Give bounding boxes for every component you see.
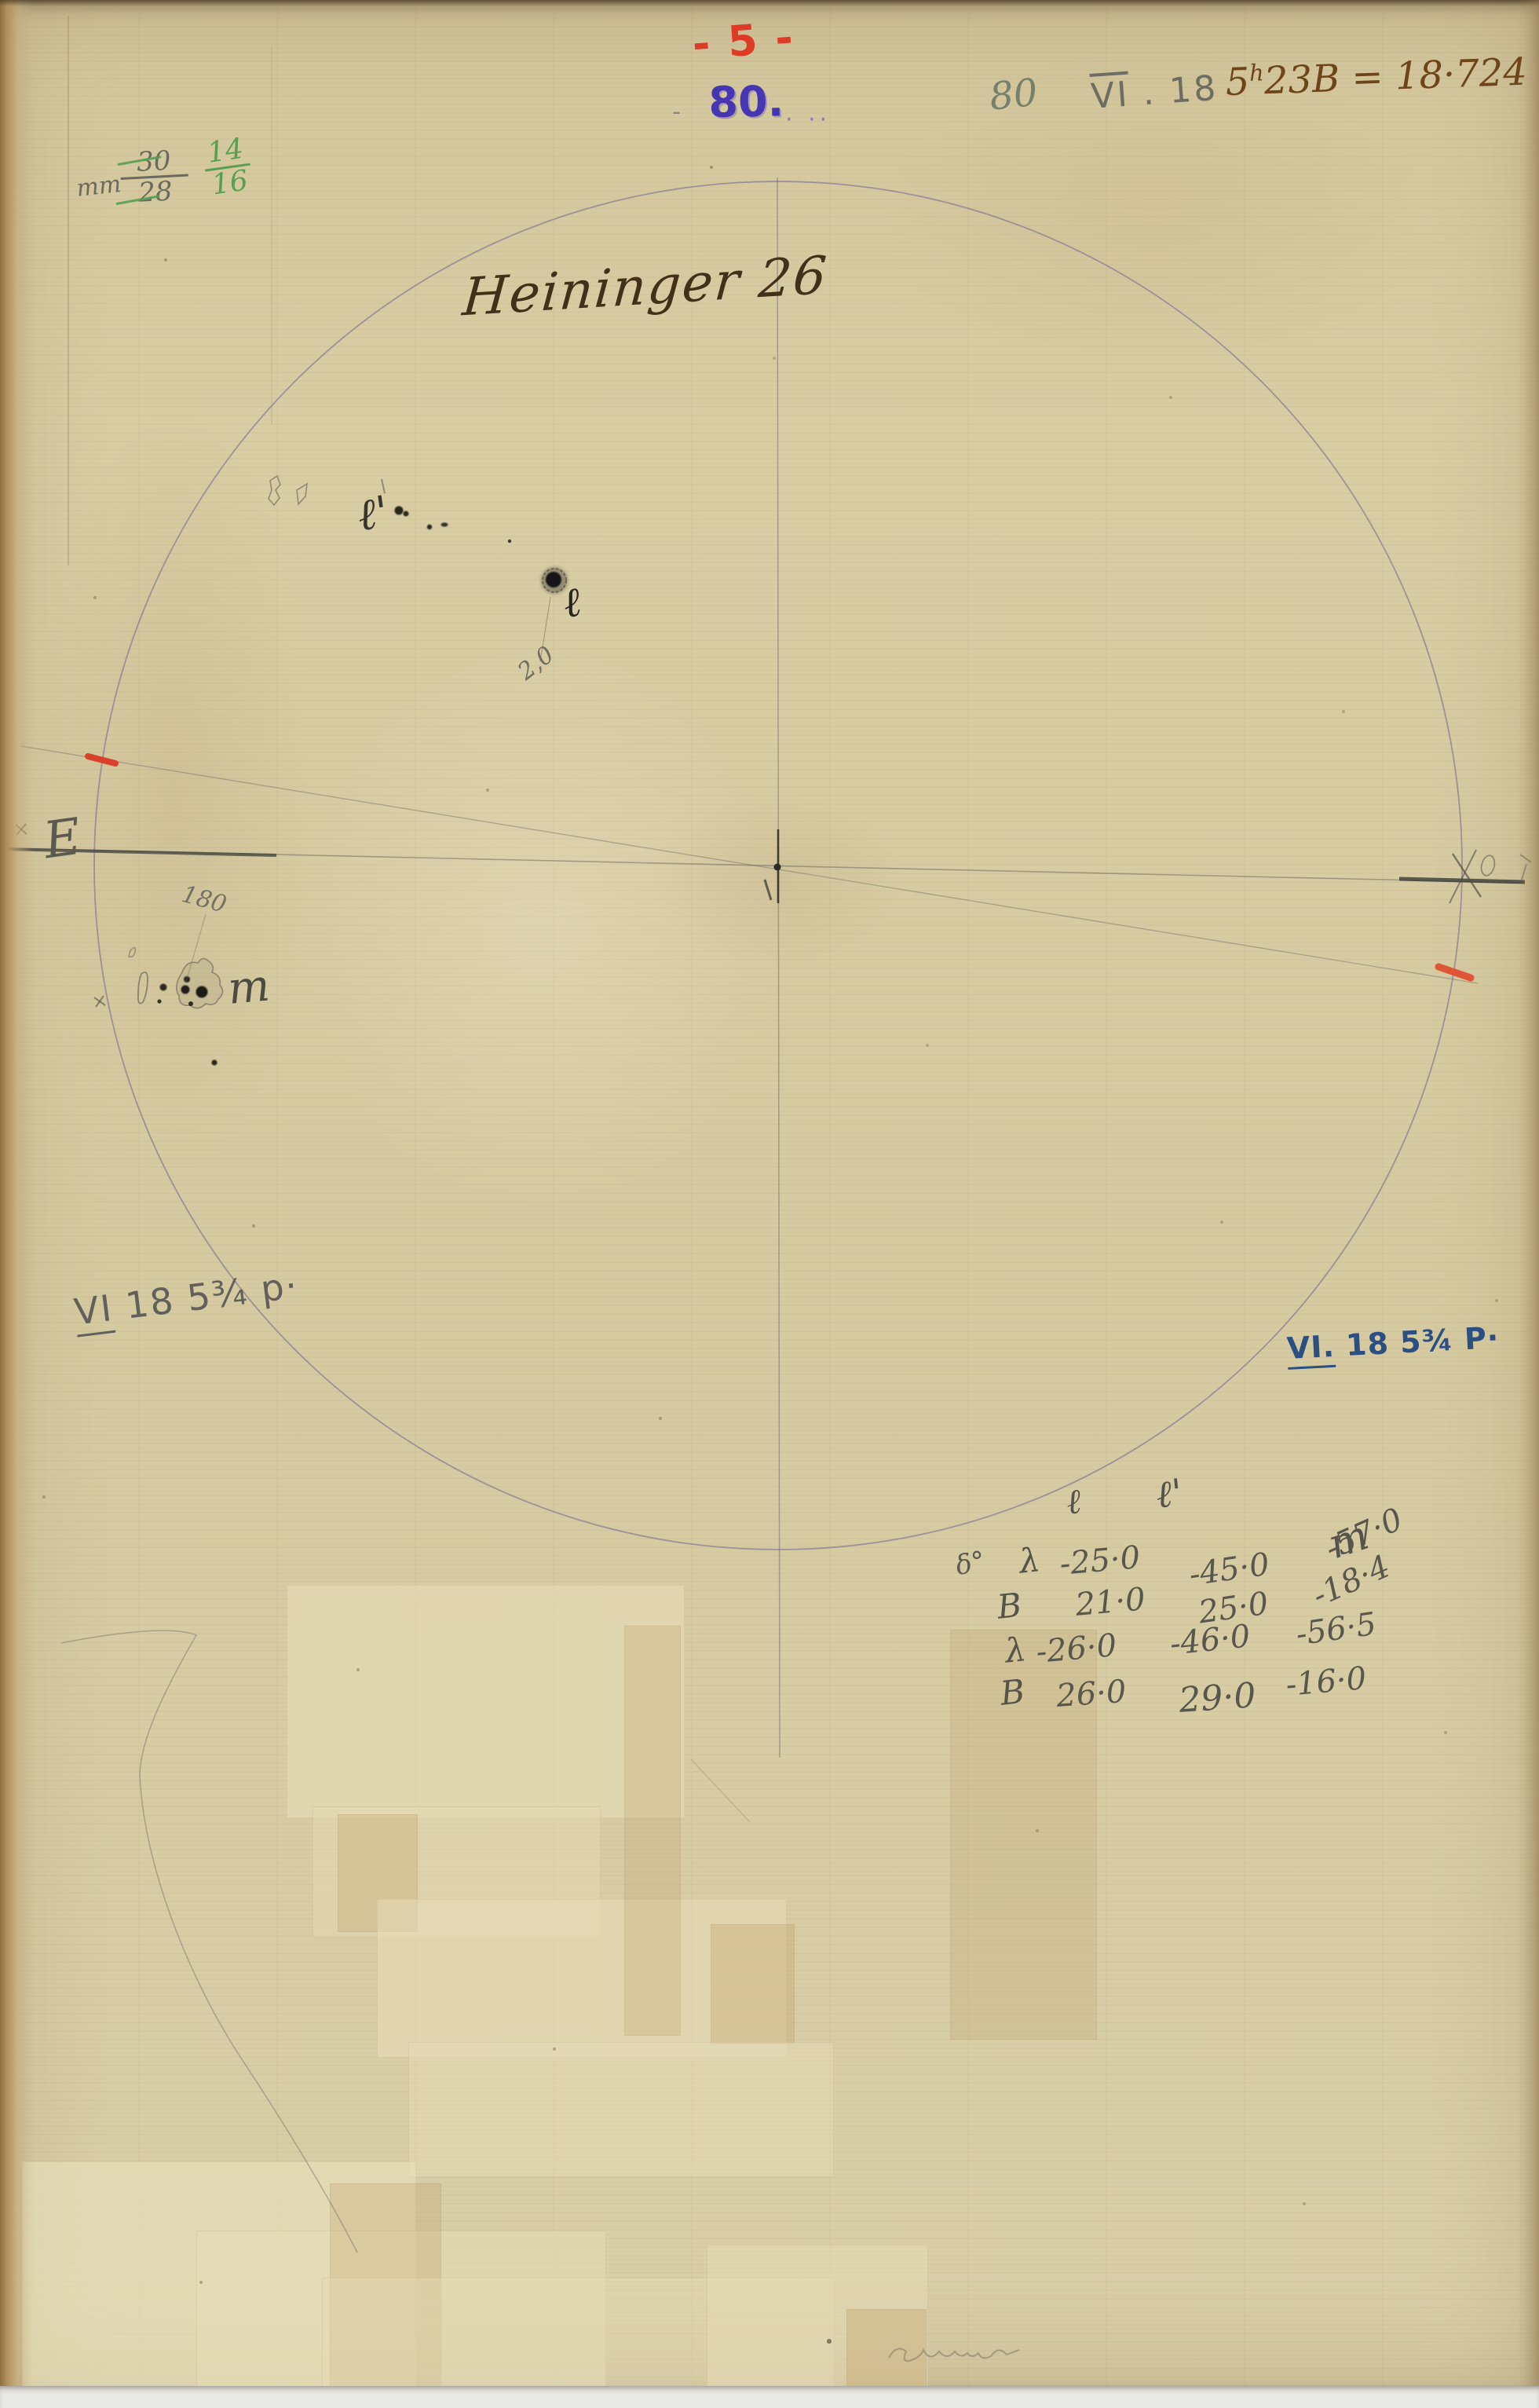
- sunspot: [160, 984, 167, 991]
- mm-new-denominator: 16: [210, 165, 250, 202]
- pencil-loop: [1479, 854, 1497, 876]
- faint-scratch: [691, 1759, 750, 1822]
- torn-left-edge: [0, 0, 33, 2386]
- red-axis-tick-left: [88, 756, 115, 763]
- pencil-date: VI . 18: [1090, 71, 1219, 115]
- disk-center-mark: [774, 864, 781, 871]
- faint-signature-scribble: [889, 2348, 1019, 2361]
- scanner-background-strip: [0, 2386, 1539, 2408]
- mm-new-fraction: 14 16: [201, 135, 254, 200]
- paper-speckles: [0, 0, 2, 2]
- pencil-date-month: VI: [1090, 75, 1131, 117]
- ink-time-hour: 5: [1225, 60, 1250, 104]
- table-header-l-prime: ℓ': [1154, 1474, 1184, 1514]
- page-right-edge: [1519, 0, 1539, 2386]
- page-top-edge: [0, 0, 1539, 6]
- ink-time-hour-sup: h: [1248, 59, 1264, 86]
- sunspot: [157, 999, 161, 1003]
- table-cell: -25·0: [1058, 1542, 1142, 1580]
- red-page-number: - 5 -: [691, 16, 795, 66]
- sunspot: [508, 540, 511, 543]
- library-stamp-number: 80.: [708, 80, 784, 124]
- pencil-date-day: . 18: [1128, 68, 1219, 115]
- meridian-line: [777, 177, 780, 1758]
- pencil-scribble: [1449, 850, 1476, 903]
- mm-new-numerator: 14: [205, 133, 245, 170]
- pencil-dash: -: [672, 101, 681, 124]
- faculae-outline: [129, 947, 135, 957]
- mm-old-denominator: 28: [137, 176, 173, 209]
- sunspot-umbra: [196, 986, 208, 998]
- stamp-ink-dots: · ··: [785, 108, 831, 132]
- table-cell: 26·0: [1055, 1676, 1128, 1712]
- table-row-label: λ: [1018, 1543, 1042, 1579]
- ink-time-note: 5h23B = 18·724: [1225, 53, 1528, 101]
- table-cell: 29·0: [1178, 1678, 1257, 1718]
- table-row-label: B: [999, 1675, 1026, 1711]
- scanned-observation-sheet: - 5 - - 80. · ·· 80 VI . 18 5h23B = 18·7…: [0, 0, 1539, 2408]
- sunspot: [404, 511, 409, 517]
- mm-label: mm: [75, 173, 122, 201]
- table-row-prefix: δ°: [953, 1547, 988, 1579]
- table-cell: -16·0: [1285, 1663, 1368, 1701]
- sunspot-umbra: [546, 572, 561, 587]
- table-cell: -26·0: [1035, 1630, 1118, 1668]
- pencil-scribble: [1453, 854, 1481, 897]
- table-cell: 21·0: [1074, 1583, 1146, 1621]
- sunspot: [395, 507, 404, 515]
- sunspot-group-l-prime-label: ℓ': [355, 491, 391, 539]
- right-annotation-month: VI.: [1286, 1329, 1336, 1370]
- sunspot-group-outline: [177, 958, 223, 1008]
- sunspot: [427, 525, 432, 529]
- table-cell: -46·0: [1168, 1620, 1252, 1660]
- disk-center-stroke: [765, 880, 771, 900]
- table-row-label: λ: [1003, 1633, 1028, 1668]
- pencil-number-80: 80: [988, 74, 1040, 116]
- ink-time-rest: 23B = 18·724: [1263, 50, 1528, 104]
- left-annotation-month: VI: [72, 1286, 116, 1338]
- table-row-label: B: [996, 1589, 1023, 1624]
- sunspot: [188, 1001, 193, 1006]
- sunspot: [441, 522, 448, 526]
- east-direction-mark: E: [41, 811, 84, 866]
- faculae-outline: [269, 476, 280, 505]
- solar-axis-line: [21, 746, 1478, 983]
- faculae-outline: [138, 972, 148, 1004]
- solar-drawing-layer: [0, 0, 1539, 2408]
- pencil-x-mark: [96, 996, 104, 1007]
- faculae-outline: [297, 484, 307, 504]
- sunspot-umbra: [181, 986, 190, 994]
- sunspot: [211, 1059, 217, 1065]
- faint-pencil-curve: [61, 1630, 357, 2252]
- equator-line-dark-left: [2, 849, 276, 855]
- sunspot-group-m-label: m: [226, 964, 272, 1011]
